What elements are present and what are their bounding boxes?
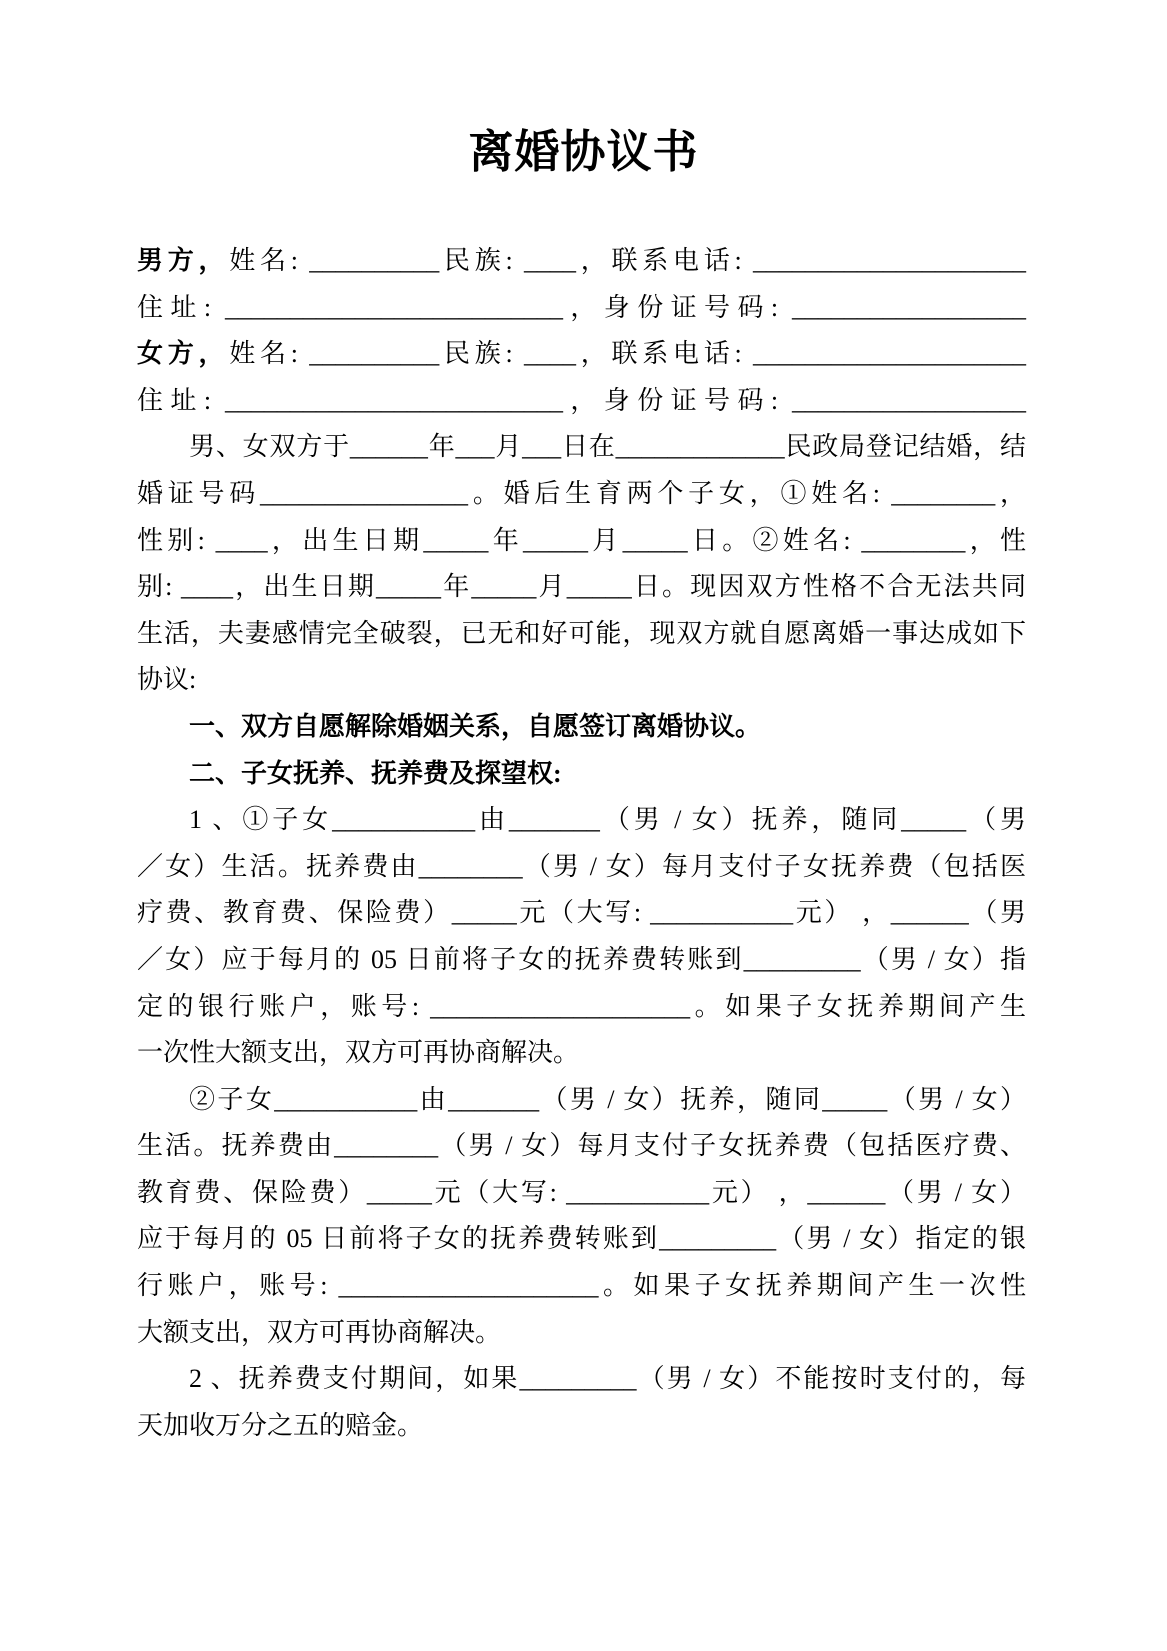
text-segment: 2 、抚养费支付期间，如果_________（男 / 女）不能按时支付的，每 — [189, 1364, 1026, 1393]
text-line: ②子女___________由_______（男 / 女）抚养，随同_____（… — [137, 1077, 1026, 1124]
text-line: 男方，姓名: __________民族: ____，联系电话: ________… — [137, 238, 1026, 285]
text-line: 生活。抚养费由________（男 / 女）每月支付子女抚养费（包括医疗费、 — [137, 1123, 1026, 1170]
text-line: 女方，姓名: __________民族: ____，联系电话: ________… — [137, 331, 1026, 378]
document-page: 离婚协议书 男方，姓名: __________民族: ____，联系电话: __… — [0, 0, 1167, 1651]
text-line: 二、子女抚养、抚养费及探望权: — [137, 751, 1026, 798]
text-line: 大额支出，双方可再协商解决。 — [137, 1310, 1026, 1357]
text-line: 男、女双方于______年___月___日在_____________民政局登记… — [137, 424, 1026, 471]
text-segment: 住址: __________________________，身份证号码: __… — [137, 293, 1026, 322]
text-segment: 生活。抚养费由________（男 / 女）每月支付子女抚养费（包括医疗费、 — [137, 1131, 1026, 1160]
bold-text-segment: 一、双方自愿解除婚姻关系，自愿签订离婚协议。 — [189, 712, 761, 741]
text-line: 1 、①子女___________由_______（男 / 女）抚养，随同___… — [137, 797, 1026, 844]
bold-text-segment: 二、子女抚养、抚养费及探望权: — [189, 759, 562, 788]
text-line: 别: ____，出生日期_____年_____月_____日。现因双方性格不合无… — [137, 564, 1026, 611]
text-line: 2 、抚养费支付期间，如果_________（男 / 女）不能按时支付的，每 — [137, 1356, 1026, 1403]
text-line: 行账户，账号: ____________________。如果子女抚养期间产生一… — [137, 1263, 1026, 1310]
text-line: ／女）应于每月的 05 日前将子女的抚养费转账到_________（男 / 女）… — [137, 937, 1026, 984]
text-line: 生活，夫妻感情完全破裂，已无和好可能，现双方就自愿离婚一事达成如下 — [137, 611, 1026, 658]
text-segment: 住址: __________________________，身份证号码: __… — [137, 386, 1026, 415]
text-line: 一次性大额支出，双方可再协商解决。 — [137, 1030, 1026, 1077]
text-line: 住址: __________________________，身份证号码: __… — [137, 378, 1026, 425]
text-line: 定的银行账户，账号: ____________________。如果子女抚养期间… — [137, 984, 1026, 1031]
text-segment: 教育费、保险费）_____元（大写: ___________元） ，______… — [137, 1178, 1026, 1207]
text-line: 一、双方自愿解除婚姻关系，自愿签订离婚协议。 — [137, 704, 1026, 751]
text-segment: ／女）生活。抚养费由________（男 / 女）每月支付子女抚养费（包括医 — [137, 852, 1026, 881]
page-title: 离婚协议书 — [0, 126, 1167, 178]
text-segment: 定的银行账户，账号: ____________________。如果子女抚养期间… — [137, 992, 1026, 1021]
text-segment: 协议: — [137, 665, 196, 694]
text-segment: 一次性大额支出，双方可再协商解决。 — [137, 1038, 579, 1067]
text-line: 协议: — [137, 657, 1026, 704]
text-segment: 生活，夫妻感情完全破裂，已无和好可能，现双方就自愿离婚一事达成如下 — [137, 619, 1026, 648]
text-line: 天加收万分之五的赔金。 — [137, 1403, 1026, 1450]
text-segment: 姓名: __________民族: ____，联系电话: ___________… — [229, 246, 1026, 275]
text-line: 应于每月的 05 日前将子女的抚养费转账到_________（男 / 女）指定的… — [137, 1216, 1026, 1263]
bold-text-segment: 女方， — [137, 339, 229, 368]
document-body: 男方，姓名: __________民族: ____，联系电话: ________… — [137, 238, 1026, 1449]
text-segment: 天加收万分之五的赔金。 — [137, 1411, 423, 1440]
text-line: ／女）生活。抚养费由________（男 / 女）每月支付子女抚养费（包括医 — [137, 844, 1026, 891]
text-segment: 婚证号码________________。婚后生育两个子女，①姓名: _____… — [137, 479, 1026, 508]
text-line: 教育费、保险费）_____元（大写: ___________元） ，______… — [137, 1170, 1026, 1217]
text-segment: 性别: ____，出生日期_____年_____月_____日。②姓名: ___… — [137, 526, 1026, 555]
text-segment: 行账户，账号: ____________________。如果子女抚养期间产生一… — [137, 1271, 1026, 1300]
bold-text-segment: 男方， — [137, 246, 229, 275]
text-line: 住址: __________________________，身份证号码: __… — [137, 285, 1026, 332]
text-line: 性别: ____，出生日期_____年_____月_____日。②姓名: ___… — [137, 518, 1026, 565]
text-line: 疗费、教育费、保险费）_____元（大写: ___________元） ，___… — [137, 890, 1026, 937]
text-segment: 姓名: __________民族: ____，联系电话: ___________… — [229, 339, 1026, 368]
text-line: 婚证号码________________。婚后生育两个子女，①姓名: _____… — [137, 471, 1026, 518]
text-segment: 别: ____，出生日期_____年_____月_____日。现因双方性格不合无… — [137, 572, 1026, 601]
text-segment: 1 、①子女___________由_______（男 / 女）抚养，随同___… — [189, 805, 1026, 834]
text-segment: ②子女___________由_______（男 / 女）抚养，随同_____（… — [189, 1085, 1026, 1114]
text-segment: 应于每月的 05 日前将子女的抚养费转账到_________（男 / 女）指定的… — [137, 1224, 1026, 1253]
text-segment: 男、女双方于______年___月___日在_____________民政局登记… — [189, 432, 1026, 461]
text-segment: ／女）应于每月的 05 日前将子女的抚养费转账到_________（男 / 女）… — [137, 945, 1026, 974]
text-segment: 大额支出，双方可再协商解决。 — [137, 1318, 501, 1347]
text-segment: 疗费、教育费、保险费）_____元（大写: ___________元） ，___… — [137, 898, 1026, 927]
